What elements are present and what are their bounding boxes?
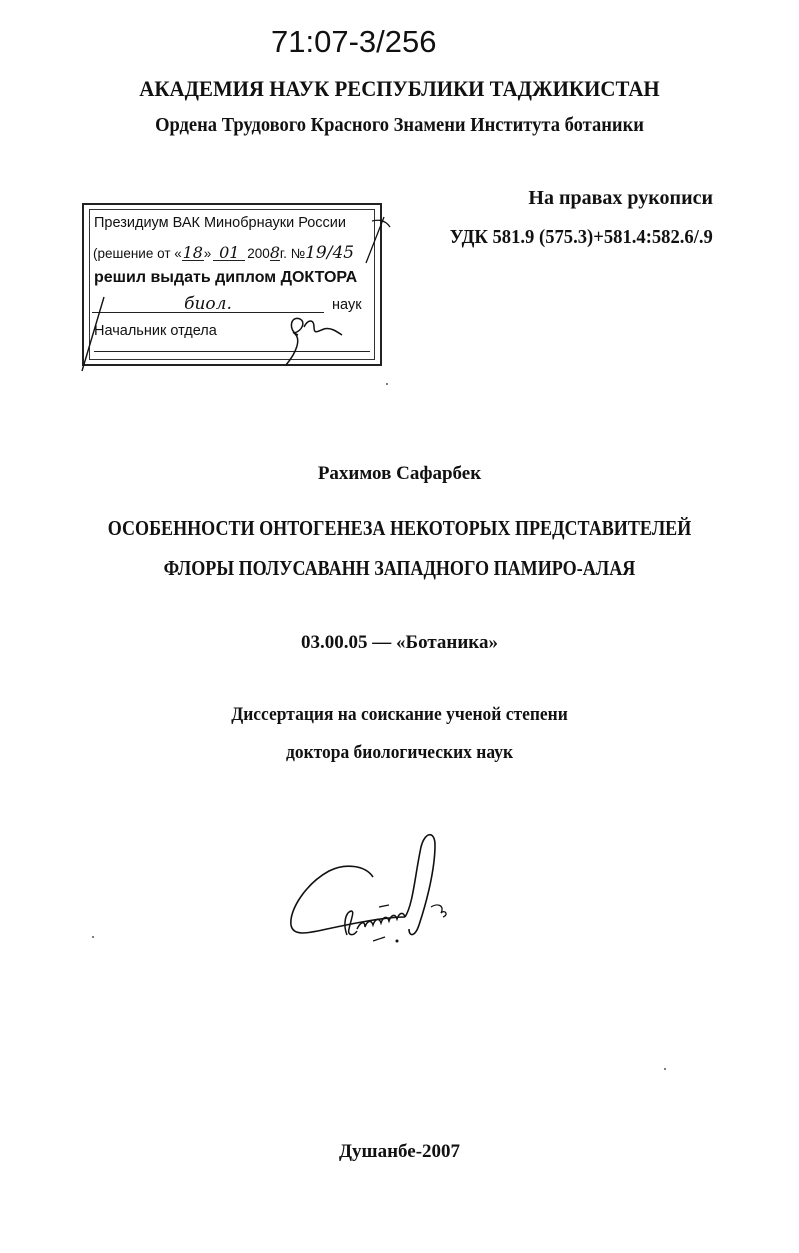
number-slash-icon — [352, 215, 392, 265]
decision-prefix: (решение от « — [93, 246, 182, 261]
dissertation-title-page: 71:07-3/256 АКАДЕМИЯ НАУК РЕСПУБЛИКИ ТАД… — [0, 0, 799, 1253]
academy-name: АКАДЕМИЯ НАУК РЕСПУБЛИКИ ТАДЖИКИСТАН — [20, 76, 779, 102]
city-year: Душанбе-2007 — [0, 1141, 799, 1163]
scan-speck — [664, 1068, 666, 1070]
scan-speck — [92, 936, 94, 938]
thesis-title-line-2: ФЛОРЫ ПОЛУСАВАНН ЗАПАДНОГО ПАМИРО-АЛАЯ — [56, 556, 743, 581]
decision-year-prefix: 200 — [247, 246, 270, 261]
udk-code: УДК 581.9 (575.3)+581.4:582.6/.9 — [450, 226, 713, 249]
decision-quote: » — [204, 246, 212, 261]
rights-notice: На правах рукописи — [528, 187, 713, 210]
thesis-title-line-1: ОСОБЕННОСТИ ОНТОГЕНЕЗА НЕКОТОРЫХ ПРЕДСТА… — [56, 516, 743, 541]
decision-day: 18 — [182, 245, 204, 261]
scan-speck — [386, 383, 388, 385]
stamp-line-decision: (решение от «18»012008г. №19/45 — [93, 243, 354, 263]
author-name: Рахимов Сафарбек — [0, 463, 799, 485]
dissertation-degree-line-2: доктора биологических наук — [32, 742, 767, 764]
decision-year-digit: 8 — [270, 245, 280, 261]
decision-number: 19/45 — [305, 243, 354, 263]
head-signature-icon — [280, 305, 350, 371]
stamp-line-diploma: решил выдать диплом ДОКТОРА — [94, 269, 357, 287]
author-signature-icon — [285, 825, 455, 965]
catalog-code: 71:07-3/256 — [271, 24, 436, 60]
decision-month: 01 — [213, 245, 245, 261]
stamp-check-mark-icon — [78, 295, 108, 375]
vak-stamp: Президиум ВАК Минобрнауки России (решени… — [82, 203, 382, 366]
dissertation-degree-line-1: Диссертация на соискание ученой степени — [32, 704, 767, 726]
stamp-line-presidium: Президиум ВАК Минобрнауки России — [94, 215, 346, 231]
decision-number-label: г. № — [280, 246, 305, 261]
institute-name: Ордена Трудового Красного Знамени Инстит… — [20, 115, 779, 137]
specialty-code: 03.00.05 — «Ботаника» — [0, 632, 799, 654]
stamp-line-head: Начальник отдела — [94, 323, 217, 339]
